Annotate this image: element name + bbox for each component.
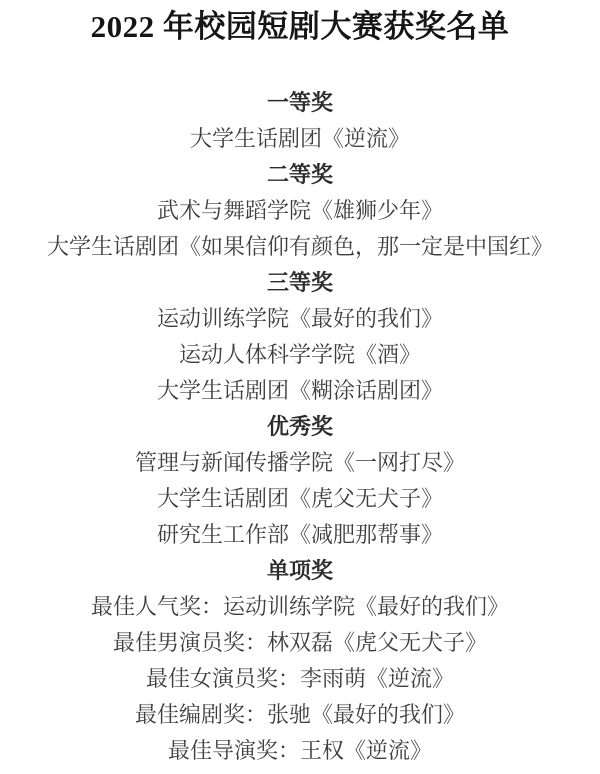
award-entry: 大学生话剧团《糊涂话剧团》 [0,373,600,409]
award-entry: 研究生工作部《减肥那帮事》 [0,517,600,553]
award-entry: 最佳女演员奖：李雨萌《逆流》 [0,661,600,697]
award-entry: 运动人体科学学院《酒》 [0,337,600,373]
section-heading: 三等奖 [0,265,600,301]
award-list: 一等奖大学生话剧团《逆流》二等奖武术与舞蹈学院《雄狮少年》大学生话剧团《如果信仰… [0,85,600,769]
section-heading: 二等奖 [0,157,600,193]
section-heading: 单项奖 [0,553,600,589]
award-document: 2022 年校园短剧大赛获奖名单 一等奖大学生话剧团《逆流》二等奖武术与舞蹈学院… [0,0,600,774]
award-entry: 大学生话剧团《虎父无犬子》 [0,481,600,517]
section-heading: 一等奖 [0,85,600,121]
award-entry: 大学生话剧团《逆流》 [0,121,600,157]
page-title: 2022 年校园短剧大赛获奖名单 [0,0,600,47]
award-entry: 最佳编剧奖：张驰《最好的我们》 [0,697,600,733]
award-entry: 武术与舞蹈学院《雄狮少年》 [0,193,600,229]
award-entry: 最佳人气奖：运动训练学院《最好的我们》 [0,589,600,625]
section-heading: 优秀奖 [0,409,600,445]
award-entry: 最佳男演员奖：林双磊《虎父无犬子》 [0,625,600,661]
award-entry: 运动训练学院《最好的我们》 [0,301,600,337]
award-entry: 大学生话剧团《如果信仰有颜色，那一定是中国红》 [0,229,600,265]
award-entry: 管理与新闻传播学院《一网打尽》 [0,445,600,481]
award-entry: 最佳导演奖：王权《逆流》 [0,733,600,769]
